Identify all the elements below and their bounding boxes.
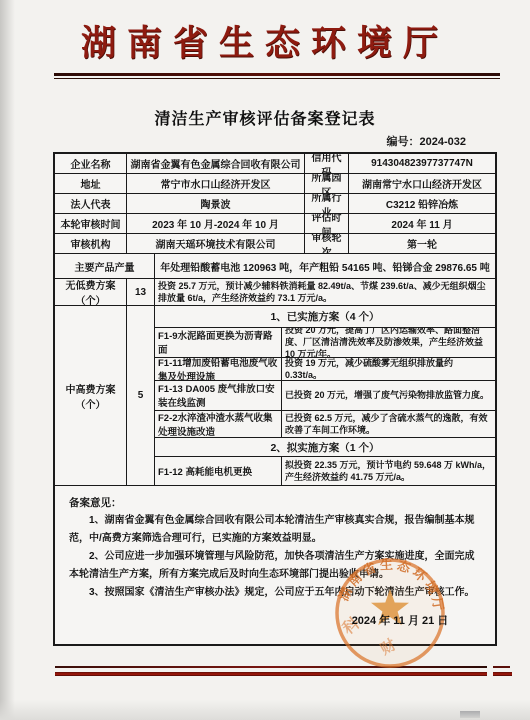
table-row: 法人代表 陶景波 所属行业 C3212 铅锌冶炼 xyxy=(55,194,495,214)
field-value: 2023 年 10 月-2024 年 10 月 xyxy=(127,214,305,233)
letterhead-rule-thick xyxy=(54,73,500,76)
field-label: 中高费方案（个） xyxy=(55,306,127,485)
plan-name: F1-13 DA005 废气排放口安装在线监测 xyxy=(155,381,282,410)
table-row: 本轮审核时间 2023 年 10 月-2024 年 10 月 评估时间 2024… xyxy=(55,214,495,234)
opinion-title: 备案意见： xyxy=(69,494,481,512)
plan-row: F1-12 高耗能电机更换 拟投资 22.35 万元，预计节电约 59.648 … xyxy=(155,457,495,485)
plan-row: F2-2水淬渣冲渣水蒸气收集处理设施改造 已投资 62.5 万元，减少了含硫水蒸… xyxy=(155,411,495,438)
form-title: 清洁生产审核评估备案登记表 xyxy=(0,106,530,129)
table-row: 企业名称 湖南省金翼有色金属综合回收有限公司 信用代码 914304823977… xyxy=(55,154,495,174)
field-value: 常宁市水口山经济开发区 xyxy=(127,174,305,193)
doc-number-value: 2024-032 xyxy=(420,136,467,148)
low-cost-count: 13 xyxy=(127,279,155,305)
field-label: 信用代码 xyxy=(305,154,349,173)
field-label: 本轮审核时间 xyxy=(55,214,127,233)
field-value: C3212 铅锌冶炼 xyxy=(349,194,495,213)
agency-title: 湖南省生态环境厅 xyxy=(0,16,530,66)
field-label: 无低费方案（个） xyxy=(55,279,127,305)
field-label: 主要产品产量 xyxy=(55,254,155,278)
field-label: 所属园区 xyxy=(305,174,349,193)
field-value: 湖南常宁水口山经济开发区 xyxy=(349,174,495,193)
plan-desc: 拟投资 22.35 万元，预计节电约 59.648 万 kWh/a，产生经济效益… xyxy=(282,457,495,485)
field-label: 所属行业 xyxy=(305,194,349,213)
plan-name: F1-11增加废铅蓄电池废气收集及处理设施 xyxy=(155,358,282,380)
plan-row: F1-11增加废铅蓄电池废气收集及处理设施 投资 19 万元，减少硫酸雾无组织排… xyxy=(155,358,495,381)
table-row: 地址 常宁市水口山经济开发区 所属园区 湖南常宁水口山经济开发区 xyxy=(55,174,495,194)
field-value: 91430482397737747N xyxy=(349,154,495,173)
field-value: 湖南省金翼有色金属综合回收有限公司 xyxy=(127,154,305,173)
plan-row: F1-9水泥路面更换为沥青路面 投资 20 万元，提高了厂区内运输效率、路面整洁… xyxy=(155,328,495,358)
mid-high-section: 中高费方案（个） 5 1、已实施方案（4 个） F1-9水泥路面更换为沥青路面 … xyxy=(55,306,495,486)
table-row: 审核机构 湖南天瑶环境技术有限公司 审核轮次 第一轮 xyxy=(55,234,495,254)
plan-desc: 已投资 62.5 万元，减少了含硫水蒸气的逸散，有效改善了车间工作环境。 xyxy=(282,411,495,437)
field-label: 评估时间 xyxy=(305,214,349,233)
field-label: 地址 xyxy=(55,174,127,193)
footer-rule-thick xyxy=(55,672,487,676)
plan-desc: 已投资 20 万元，增强了废气污染物排放监管力度。 xyxy=(282,381,495,410)
footer-rule-thin-dash xyxy=(493,666,510,668)
field-value: 2024 年 11 月 xyxy=(349,214,495,233)
field-label: 企业名称 xyxy=(55,154,127,173)
field-label: 审核轮次 xyxy=(305,234,349,253)
field-value: 陶景波 xyxy=(127,194,305,213)
opinion-item: 1、湖南省金翼有色金属综合回收有限公司本轮清洁生产审核真实合规，报告编制基本规范… xyxy=(69,512,481,548)
plan-row: F1-13 DA005 废气排放口安装在线监测 已投资 20 万元，增强了废气污… xyxy=(155,381,495,411)
field-value: 年处理铅酸蓄电池 120963 吨，年产粗铅 54165 吨、铅锑合金 2987… xyxy=(155,254,495,278)
plan-name: F2-2水淬渣冲渣水蒸气收集处理设施改造 xyxy=(155,411,282,437)
product-row: 主要产品产量 年处理铅酸蓄电池 120963 吨，年产粗铅 54165 吨、铅锑… xyxy=(55,254,495,279)
plan-name: F1-12 高耗能电机更换 xyxy=(155,457,282,485)
low-cost-desc: 投资 25.7 万元，预计减少辅料铁消耗量 82.49t/a、节煤 239.6t… xyxy=(155,279,495,305)
footer-rule-thick-dash xyxy=(493,672,512,676)
planned-plans-header: 2、拟实施方案（1 个） xyxy=(155,438,495,458)
field-label: 审核机构 xyxy=(55,234,127,253)
implemented-plans-header: 1、已实施方案（4 个） xyxy=(155,306,495,328)
mid-high-count: 5 xyxy=(127,306,155,485)
field-value: 湖南天瑶环境技术有限公司 xyxy=(127,234,305,253)
plan-list: 1、已实施方案（4 个） F1-9水泥路面更换为沥青路面 投资 20 万元，提高… xyxy=(155,306,495,485)
doc-number-label: 编号： xyxy=(387,136,420,148)
field-label: 法人代表 xyxy=(55,194,127,213)
scan-edge-bottom xyxy=(0,700,530,720)
filing-date: 2024 年 11 月 21 日 xyxy=(295,612,505,630)
plan-desc: 投资 20 万元，提高了厂区内运输效率、路面整洁度、厂区清洁清洗效率及防渗效果，… xyxy=(282,328,495,357)
low-cost-row: 无低费方案（个） 13 投资 25.7 万元，预计减少辅料铁消耗量 82.49t… xyxy=(55,279,495,306)
plan-desc: 投资 19 万元，减少硫酸雾无组织排放量约 0.33t/a。 xyxy=(282,358,495,380)
field-value: 第一轮 xyxy=(349,234,495,253)
plan-name: F1-9水泥路面更换为沥青路面 xyxy=(155,328,282,357)
doc-number: 编号：2024-032 xyxy=(0,133,466,149)
letterhead-rule-thin xyxy=(54,78,500,79)
